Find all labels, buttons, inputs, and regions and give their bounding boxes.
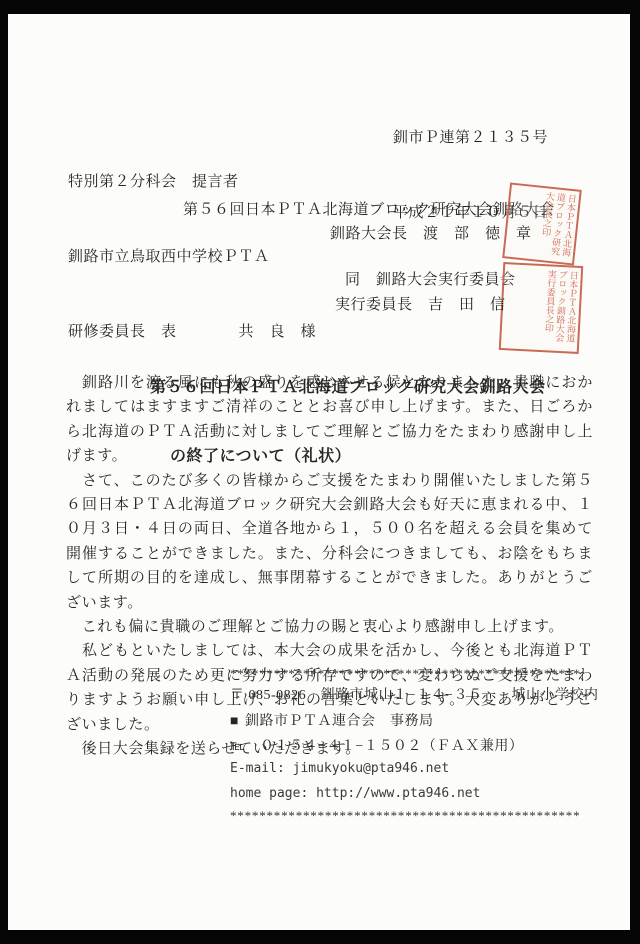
body-paragraph: さて、このたび多くの皆様からご支援をたまわり開催いたしました第５６回日本ＰＴＡ北… xyxy=(66,469,593,615)
footer-telephone: ℡ ０１５４−４１−１５０２（ＦＡＸ兼用） xyxy=(230,735,523,755)
body-paragraph: これも偏に貴職のご理解とご協力の賜と衷心より感謝申し上げます。 xyxy=(66,615,593,639)
recipient-subcommittee: 特別第２分科会 提言者 xyxy=(68,170,316,195)
footer-office-name: 釧路市ＰＴＡ連合会 事務局 xyxy=(245,714,434,729)
committee-chair-red-seal-stamp: 日本ＰＴＡ北海道ブロック釧路大会実行委員長之印 xyxy=(499,262,583,354)
footer-divider-bottom: ****************************************… xyxy=(230,808,580,824)
footer-office-line: ■釧路市ＰＴＡ連合会 事務局 xyxy=(230,710,433,730)
sender-secondary-signature: 実行委員長 吉 田 信 xyxy=(335,293,506,318)
sender-primary-organization: 第５６回日本ＰＴＡ北海道ブロック研究大会釧路大会 xyxy=(183,198,555,223)
document-number: 釧市Ｐ連第２１３５号 xyxy=(393,126,548,151)
committee-chair-seal-text: 日本ＰＴＡ北海道ブロック釧路大会実行委員長之印 xyxy=(503,267,579,349)
sender-secondary-organization: 同 釧路大会実行委員会 xyxy=(345,268,516,293)
footer-address: 〒 085-0826 釧路市城山１−１４−３５ 城山小学校内 xyxy=(230,684,598,704)
recipient-school-pta: 釧路市立鳥取西中学校ＰＴＡ xyxy=(68,245,316,270)
sender-primary-signature: 釧路大会長 渡 部 徳 章 xyxy=(330,222,532,247)
footer-homepage: home page: http://www.pta946.net xyxy=(230,786,480,801)
scanned-letter-image: 釧市Ｐ連第２１３５号 平成２１年１０月５日 特別第２分科会 提言者 釧路市立鳥取… xyxy=(0,0,640,944)
footer-divider-top: ****************************************… xyxy=(230,666,580,682)
footer-email: E-mail: jimukyoku@pta946.net xyxy=(230,761,449,776)
square-bullet-icon: ■ xyxy=(230,714,239,730)
scanned-page: 釧市Ｐ連第２１３５号 平成２１年１０月５日 特別第２分科会 提言者 釧路市立鳥取… xyxy=(8,14,630,930)
body-paragraph: 釧路川を渡る風にも秋の盛りを感じさせる候となりました。貴職におかれましてはますま… xyxy=(66,371,593,469)
